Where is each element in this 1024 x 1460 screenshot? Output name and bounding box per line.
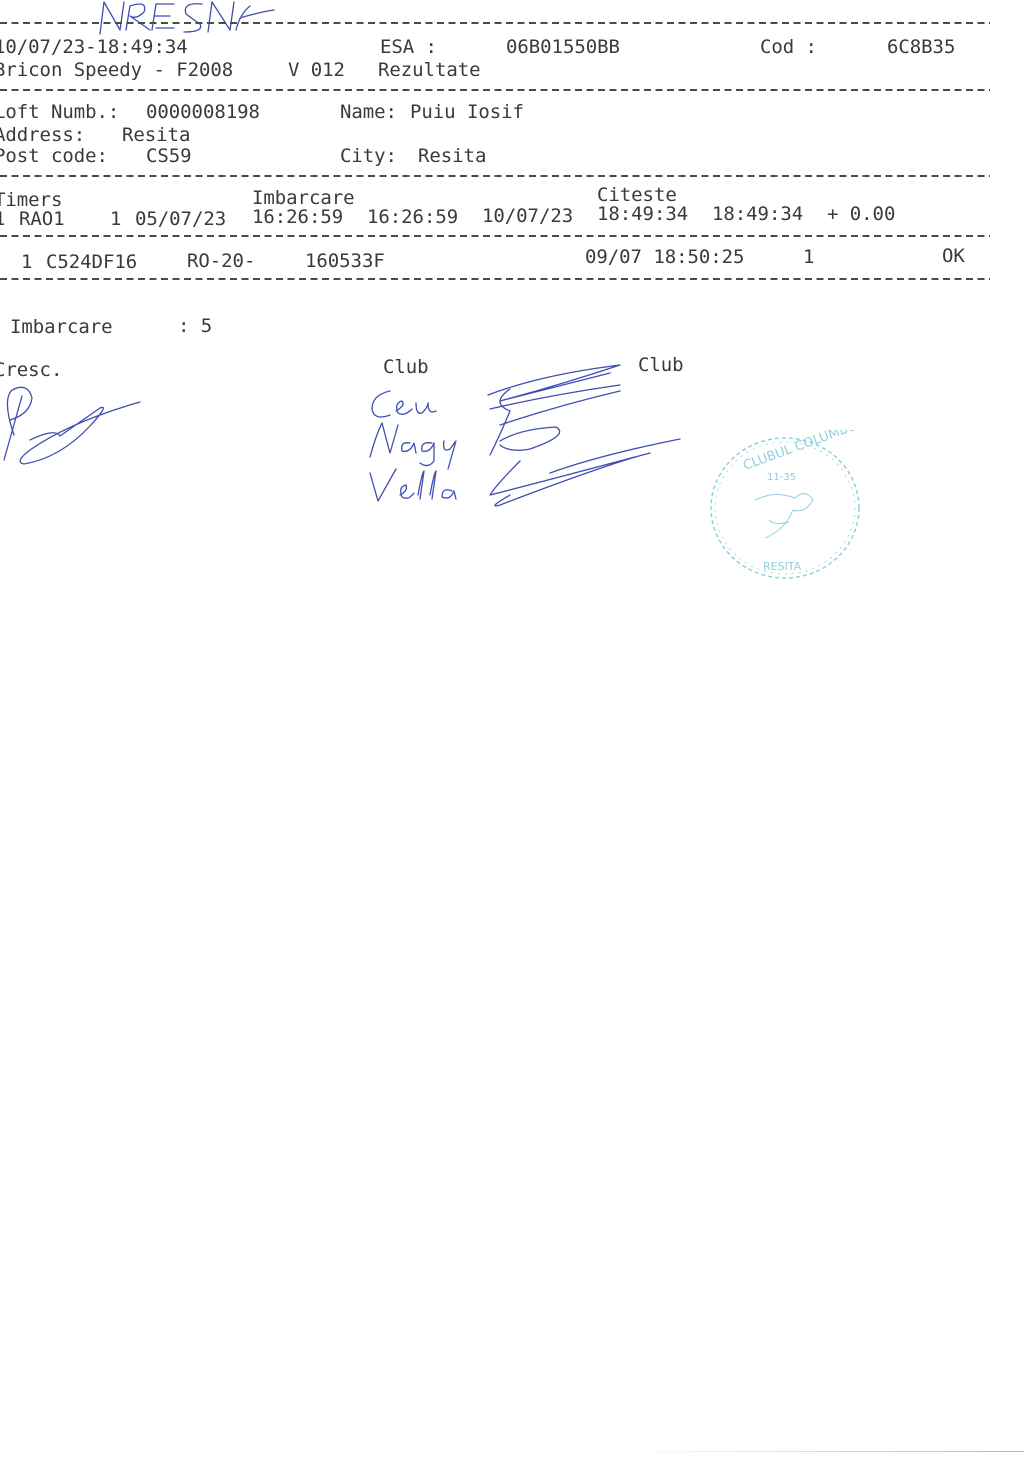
timer-index: 1 [0, 208, 5, 230]
imbarcare-date: 05/07/23 [135, 208, 226, 230]
esa-value: 06B01550BB [506, 36, 620, 58]
bird-ring-number: 160533F [305, 250, 385, 272]
esa-label: ESA : [380, 36, 437, 58]
imbarcare-time-2: 16:26:59 [367, 206, 458, 228]
cod-value: 6C8B35 [887, 36, 955, 58]
firmware-version: V 012 [288, 59, 345, 81]
separator-line [0, 175, 990, 177]
imbarcare-summary-value: : 5 [178, 315, 212, 337]
citeste-date: 10/07/23 [482, 205, 573, 227]
citeste-time-1: 18:49:34 [597, 203, 688, 225]
top-handwritten-scribble [90, 0, 280, 40]
result-printout-page: 10/07/23-18:49:34 ESA : 06B01550BB Cod :… [0, 0, 1024, 1460]
imbarcare-time-1: 16:26:59 [252, 206, 343, 228]
name-value: Puiu Iosif [410, 101, 524, 123]
bird-count: 1 [803, 246, 814, 268]
svg-text:CLUBUL COLUMBOFIL: CLUBUL COLUMBOFIL [741, 430, 865, 474]
imbarcare-summary-label: Imbarcare [10, 316, 113, 338]
cresc-label: Cresc. [0, 359, 62, 381]
bird-ring-prefix: RO-20- [187, 250, 255, 272]
bird-chip-id: C524DF16 [46, 251, 137, 273]
svg-text:11-35: 11-35 [767, 472, 796, 483]
post-code-value: CS59 [146, 145, 192, 167]
name-label: Name: [340, 101, 397, 123]
timer-count: 1 [110, 208, 121, 230]
timer-id: RAO1 [19, 208, 65, 230]
club-stamp: CLUBUL COLUMBOFIL 11-35 RESITA [705, 430, 865, 585]
svg-text:RESITA: RESITA [763, 560, 802, 573]
address-label: Address: [0, 124, 85, 146]
device-name: Bricon Speedy - F2008 [0, 59, 233, 81]
document-type: Rezultate [378, 59, 481, 81]
bird-arrival-time: 09/07 18:50:25 [585, 246, 744, 268]
separator-line [0, 278, 990, 280]
deviation-value: + 0.00 [827, 203, 895, 225]
loft-number-label: Loft Numb.: [0, 101, 119, 123]
club-signatures [360, 345, 690, 515]
separator-line [0, 22, 990, 24]
cod-label: Cod : [760, 36, 817, 58]
bird-position: 1 [21, 251, 32, 273]
separator-line [0, 89, 990, 91]
page-edge-shadow [620, 1451, 1024, 1452]
city-value: Resita [418, 145, 486, 167]
loft-number-value: 0000008198 [146, 101, 260, 123]
address-value: Resita [122, 124, 190, 146]
header-timestamp: 10/07/23-18:49:34 [0, 36, 188, 58]
post-code-label: Post code: [0, 145, 108, 167]
citeste-time-2: 18:49:34 [712, 203, 803, 225]
fancier-signature [0, 380, 150, 470]
bird-status: OK [942, 245, 965, 267]
separator-line [0, 235, 990, 237]
city-label: City: [340, 145, 397, 167]
